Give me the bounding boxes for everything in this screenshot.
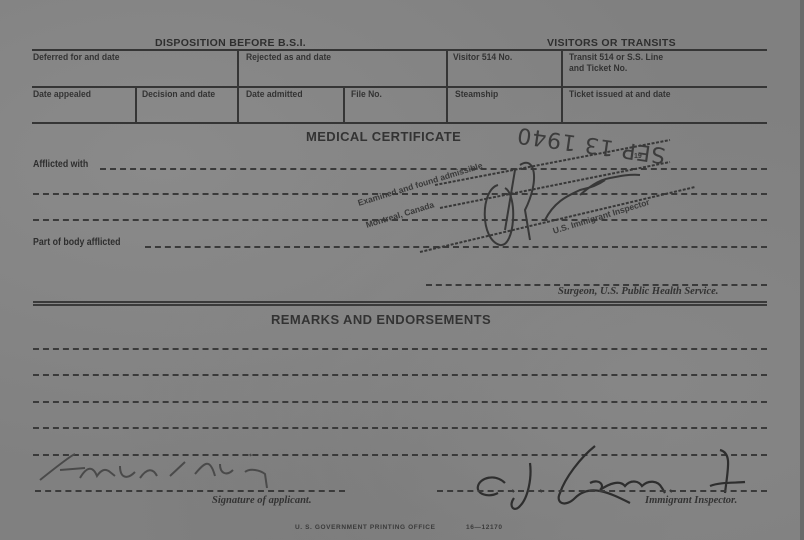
visitor-514-label: Visitor 514 No.: [453, 52, 512, 63]
col-divider: [561, 49, 563, 124]
file-no-label: File No.: [351, 89, 382, 100]
col-divider: [343, 86, 345, 124]
stamp-lines-and-signature: [340, 150, 700, 260]
table-mid-rule: [32, 86, 767, 88]
steamship-label: Steamship: [455, 89, 498, 100]
remarks-line-4: [33, 427, 767, 429]
date-appealed-label: Date appealed: [33, 89, 91, 100]
form-number: 16—12170: [466, 524, 503, 531]
remarks-line-3: [33, 401, 767, 403]
col-divider: [446, 49, 448, 124]
remarks-title: REMARKS AND ENDORSEMENTS: [271, 312, 491, 327]
afflicted-with-label: Afflicted with: [33, 159, 88, 170]
table-bottom-rule: [32, 122, 767, 124]
applicant-signature-line: [35, 490, 345, 492]
col-divider: [135, 86, 137, 124]
decision-date-label: Decision and date: [142, 89, 215, 100]
inspector-label: Immigrant Inspector.: [645, 495, 737, 506]
col-divider: [237, 49, 239, 124]
disposition-title: DISPOSITION BEFORE B.S.I.: [155, 37, 306, 49]
rejected-field-label: Rejected as and date: [246, 52, 331, 63]
section-double-rule: [33, 301, 767, 306]
visitors-title: VISITORS OR TRANSITS: [547, 37, 676, 49]
table-top-rule: [32, 49, 767, 51]
inspector-signature: [470, 438, 760, 518]
immigration-card: DISPOSITION BEFORE B.S.I. VISITORS OR TR…: [0, 0, 804, 540]
card-edge: [800, 0, 804, 540]
surgeon-label: Surgeon, U.S. Public Health Service.: [558, 286, 718, 297]
transit-514-line2: and Ticket No.: [569, 63, 663, 74]
remarks-line-2: [33, 374, 767, 376]
printer-credit: U. S. GOVERNMENT PRINTING OFFICE: [295, 524, 436, 531]
ticket-issued-label: Ticket issued at and date: [569, 89, 671, 100]
deferred-field-label: Deferred for and date: [33, 52, 119, 63]
transit-514-line1: Transit 514 or S.S. Line: [569, 52, 663, 63]
medical-certificate-title: MEDICAL CERTIFICATE: [306, 129, 461, 144]
remarks-line-1: [33, 348, 767, 350]
applicant-signature-label: Signature of applicant.: [212, 495, 311, 506]
part-of-body-label: Part of body afflicted: [33, 237, 121, 248]
inspector-signature-line: [437, 490, 767, 492]
transit-514-label: Transit 514 or S.S. Line and Ticket No.: [569, 52, 663, 74]
date-admitted-label: Date admitted: [246, 89, 303, 100]
